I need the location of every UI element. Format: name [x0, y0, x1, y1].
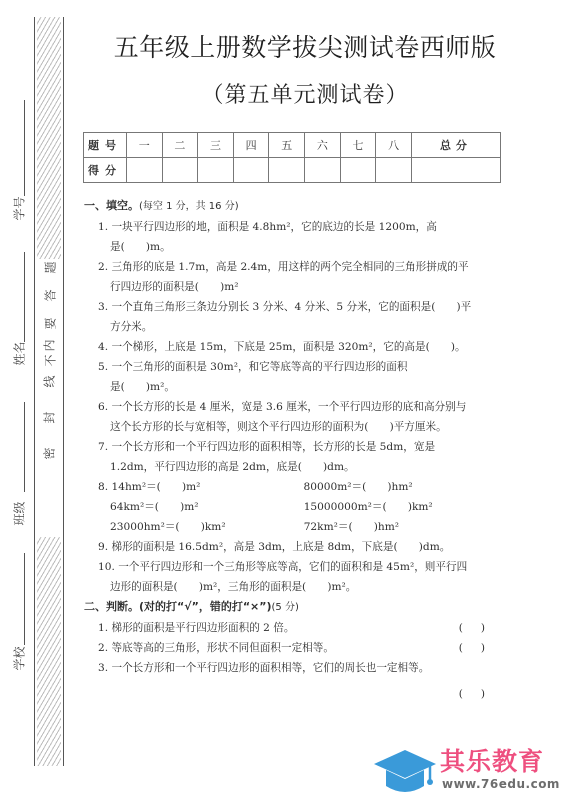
conversion-row: 8. 14hm²＝( )m² 80000m²＝( )hm²: [84, 477, 509, 497]
column-header: 总分: [411, 133, 500, 158]
column-header: 六: [305, 133, 341, 158]
score-table-header-row: 题号 一 二 三 四 五 六 七 八 总分: [84, 133, 501, 158]
column-header: 二: [162, 133, 198, 158]
question: 3. 一个直角三角形三条边分别长 3 分米、4 分米、5 分米，它的面积是( )…: [84, 297, 509, 337]
question: 7. 一个长方形和一个平行四边形的面积相等，长方形的长是 5dm，宽是 1.2d…: [84, 437, 509, 477]
column-header: 七: [340, 133, 376, 158]
conversion-row: 23000hm²＝( )km² 72km²＝( )hm²: [84, 517, 509, 537]
row-label: 题号: [84, 133, 127, 158]
brand-name: 其乐教育: [440, 742, 544, 778]
seal-char: 答: [42, 282, 59, 310]
class-label: 班级: [11, 499, 28, 529]
score-cell[interactable]: [233, 158, 269, 183]
hatch-bottom: [37, 537, 61, 766]
score-table: 题号 一 二 三 四 五 六 七 八 总分 得分: [83, 132, 501, 183]
school-line[interactable]: [24, 553, 25, 645]
question: 1. 一块平行四边形的地，面积是 4.8hm²，它的底边的长是 1200m，高 …: [84, 217, 509, 257]
column-header: 四: [233, 133, 269, 158]
seal-char: 密: [41, 440, 58, 468]
score-cell[interactable]: [340, 158, 376, 183]
question: 5. 一个三角形的面积是 30m²，和它等底等高的平行四边形的面积 是( )m²…: [84, 357, 509, 397]
question: 6. 一个长方形的长是 4 厘米，宽是 3.6 厘米，一个平行四边形的底和高分别…: [84, 397, 509, 437]
name-label: 姓名: [11, 339, 28, 369]
conversion-row: 64km²＝( )m² 15000000m²＝( )km²: [84, 497, 509, 517]
class-line[interactable]: [24, 402, 25, 492]
exam-content: 一、填空。(每空 1 分，共 16 分) 1. 一块平行四边形的地，面积是 4.…: [84, 196, 509, 704]
binding-margin: 密 封 线 内: [34, 17, 64, 766]
section-heading: 一、填空。(每空 1 分，共 16 分): [84, 196, 509, 217]
question: 9. 梯形的面积是 16.5dm²，高是 3dm，上底是 8dm，下底是( )d…: [84, 537, 509, 557]
column-header: 三: [198, 133, 234, 158]
name-line[interactable]: [24, 252, 25, 342]
score-cell[interactable]: [411, 158, 500, 183]
answer-blank[interactable]: (): [84, 684, 509, 704]
page-title: 五年级上册数学拔尖测试卷西师版: [85, 28, 525, 64]
watermark-logo: 其乐教育 www.76edu.com: [366, 742, 565, 800]
score-cell[interactable]: [376, 158, 412, 183]
judge-question: 1. 梯形的面积是平行四边形面积的 2 倍。 (): [84, 618, 509, 638]
score-cell[interactable]: [305, 158, 341, 183]
judge-question: 2. 等底等高的三角形，形状不同但面积一定相等。 (): [84, 638, 509, 658]
seal-char: 要: [42, 310, 59, 338]
question: 4. 一个梯形，上底是 15m，下底是 25m，面积是 320m²，它的高是( …: [84, 337, 509, 357]
score-cell[interactable]: [162, 158, 198, 183]
score-cell[interactable]: [198, 158, 234, 183]
score-table-score-row: 得分: [84, 158, 501, 183]
question: 2. 三角形的底是 1.7m，高是 2.4m，用这样的两个完全相同的三角形拼成的…: [84, 257, 509, 297]
page-subtitle: （第五单元测试卷）: [85, 78, 525, 109]
column-header: 一: [127, 133, 163, 158]
brand-url: www.76edu.com: [442, 777, 560, 791]
seal-char: 封: [41, 404, 58, 432]
score-cell[interactable]: [269, 158, 305, 183]
answer-blank[interactable]: (): [459, 618, 509, 638]
seal-char: 题: [42, 254, 59, 282]
seal-char: 不: [42, 347, 59, 375]
student-id-label: 学号: [11, 194, 28, 224]
graduation-cap-icon: [372, 748, 438, 796]
score-cell[interactable]: [127, 158, 163, 183]
row-label: 得分: [84, 158, 127, 183]
hatch-top: [37, 17, 61, 259]
school-label: 学校: [11, 644, 28, 674]
section-heading: 二、判断。(对的打“√”，错的打“×”)(5 分): [84, 597, 509, 618]
column-header: 八: [376, 133, 412, 158]
question: 10. 一个平行四边形和一个三角形等底等高，它们的面积和是 45m²，则平行四 …: [84, 557, 509, 597]
column-header: 五: [269, 133, 305, 158]
answer-blank[interactable]: (): [459, 638, 509, 658]
judge-question: 3. 一个长方形和一个平行四边形的面积相等，它们的周长也一定相等。: [84, 658, 509, 678]
student-id-line[interactable]: [24, 100, 25, 196]
